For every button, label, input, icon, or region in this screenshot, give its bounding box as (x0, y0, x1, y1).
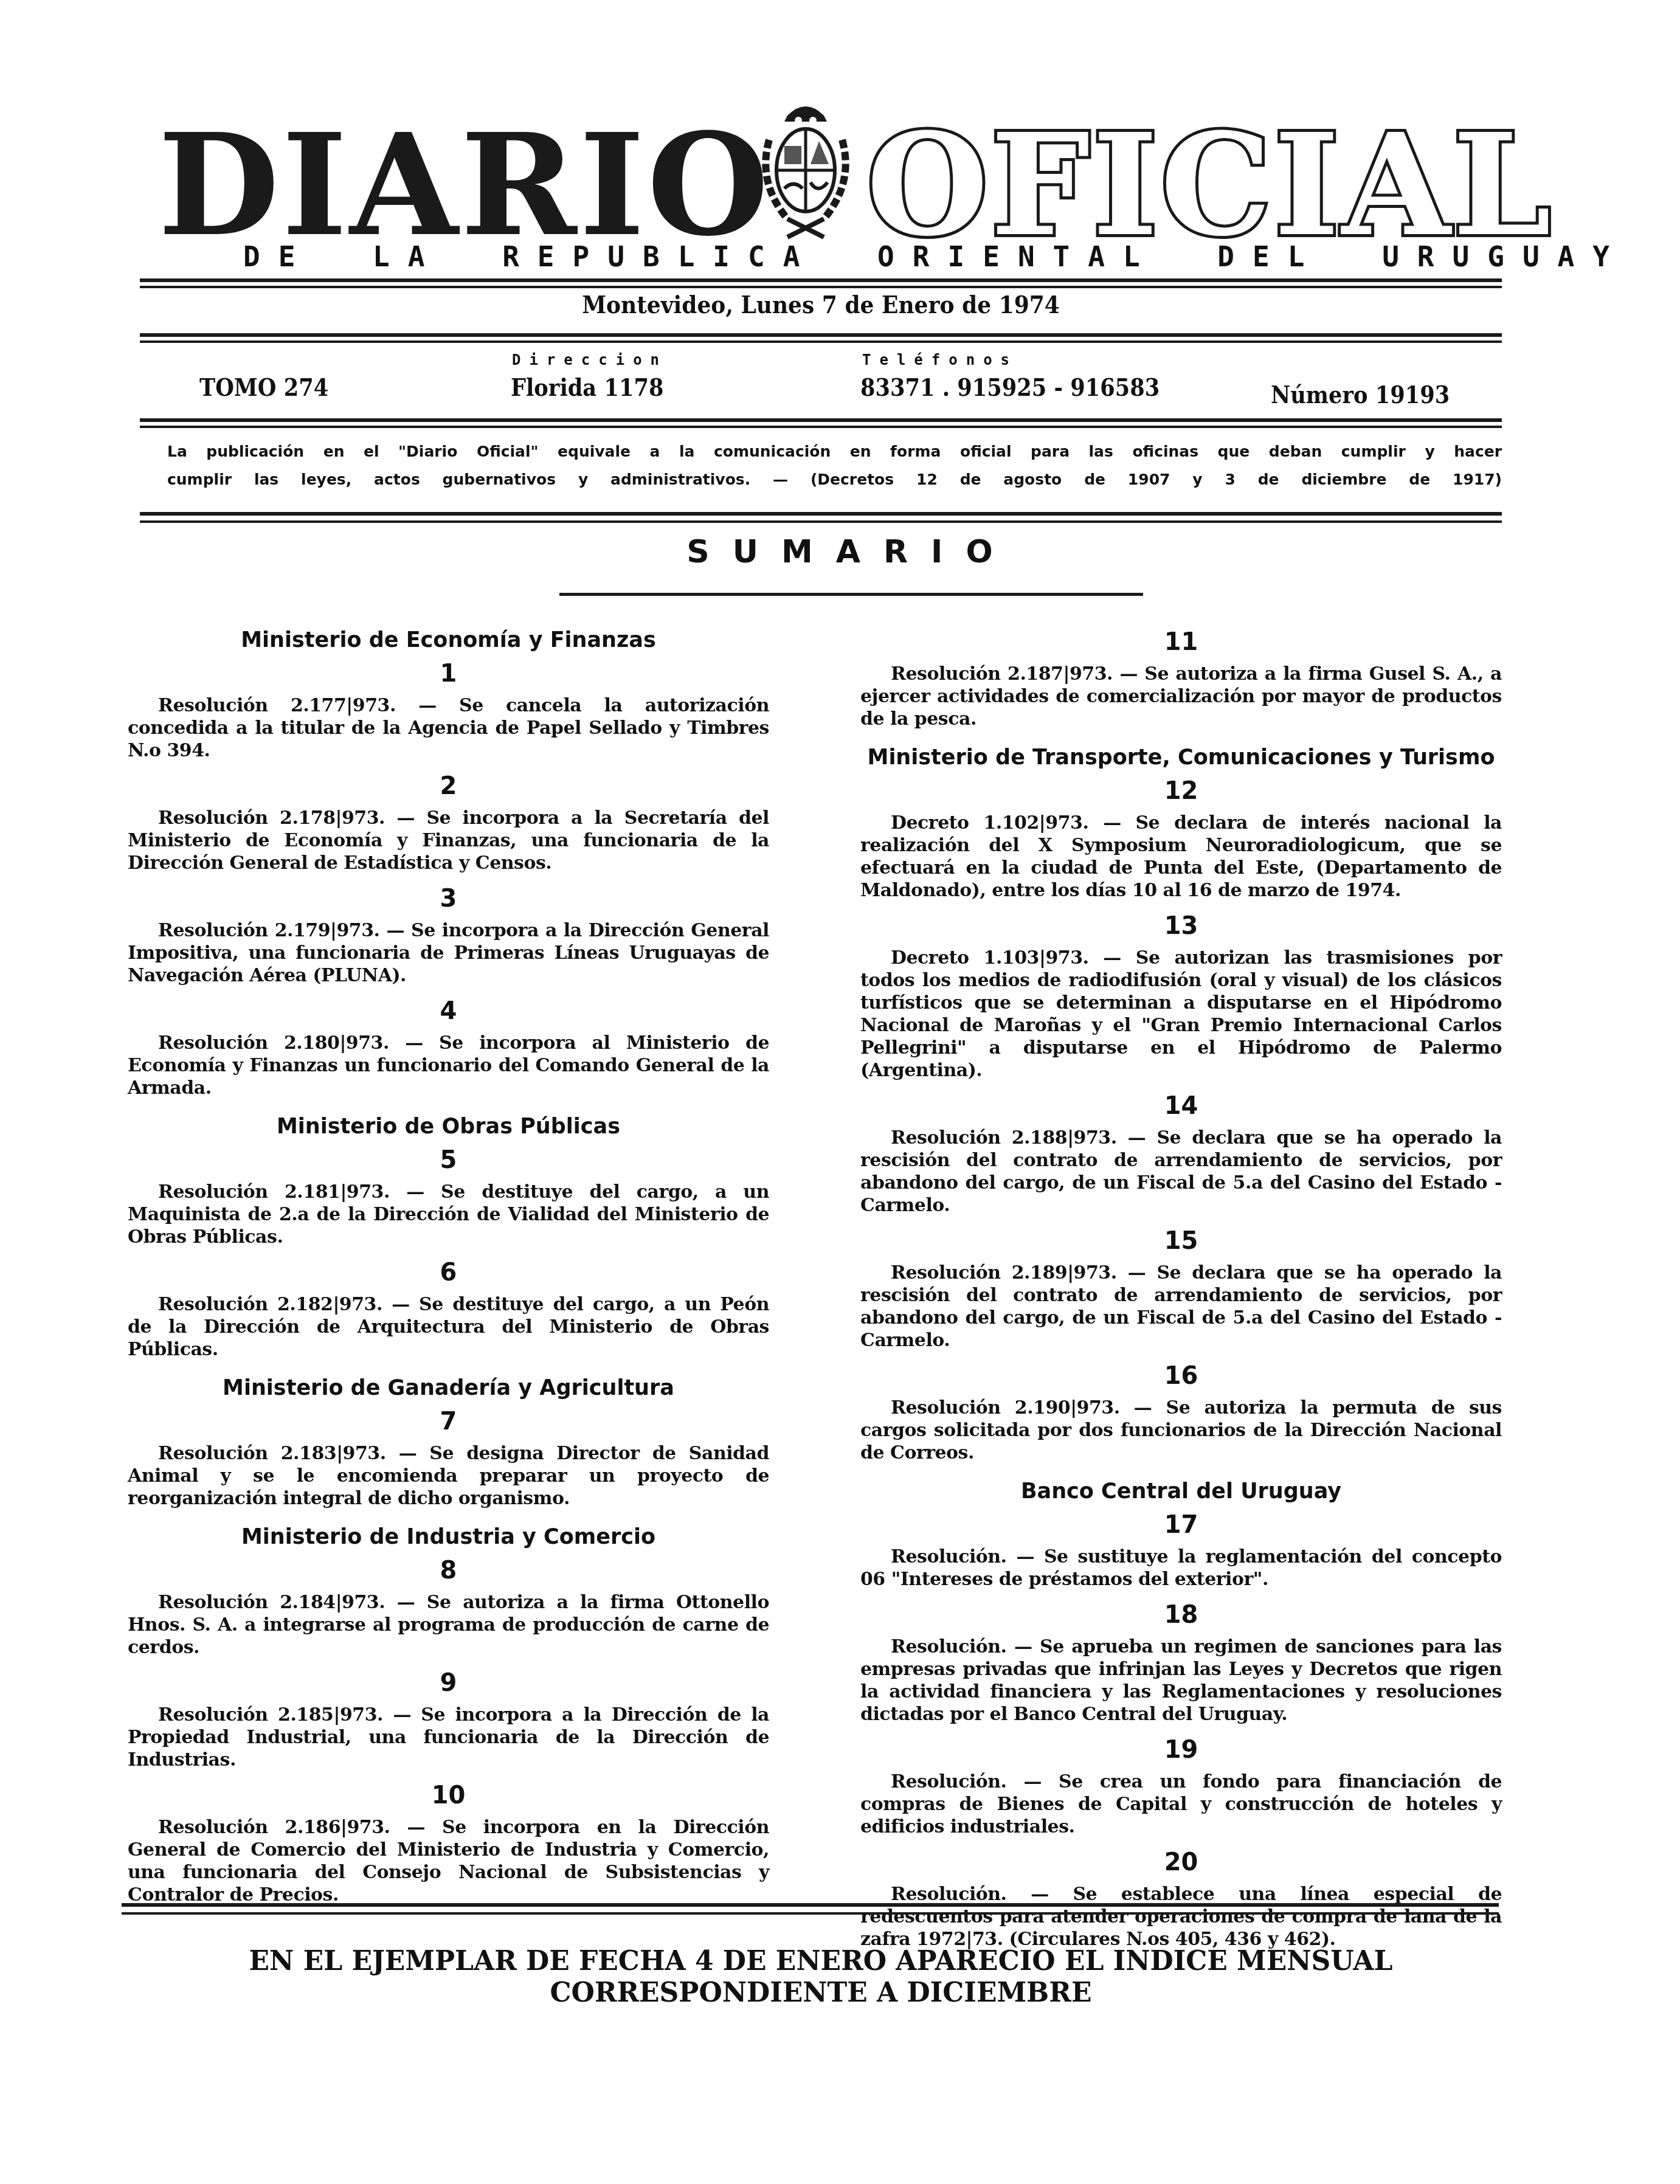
divider (559, 593, 1143, 596)
entry-number: 3 (128, 884, 769, 913)
divider (140, 278, 1502, 282)
ministry-heading: Ministerio de Economía y Finanzas (128, 626, 769, 654)
index-announcement-line: EN EL EJEMPLAR DE FECHA 4 DE ENERO APARE… (140, 1946, 1502, 1977)
entry-number: 2 (128, 772, 769, 801)
entry-summary: Decreto 1.103|973. — Se autorizan las tr… (860, 947, 1502, 1082)
entry-summary: Resolución. — Se sustituye la reglamenta… (860, 1546, 1502, 1591)
entry-summary: Decreto 1.102|973. — Se declara de inter… (860, 812, 1502, 902)
masthead-subtitle: DE LA REPUBLICA ORIENTAL DEL URUGUAY (243, 240, 1398, 273)
entry-summary: Resolución 2.183|973. — Se designa Direc… (128, 1442, 769, 1510)
entry-summary: Resolución 2.178|973. — Se incorpora a l… (128, 807, 769, 874)
entry-number: 4 (128, 997, 769, 1026)
ministry-heading: Ministerio de Ganadería y Agricultura (128, 1374, 769, 1402)
summary-column-left: Ministerio de Economía y Finanzas1Resolu… (128, 626, 769, 1916)
tomo-number: TOMO 274 (199, 373, 328, 402)
entry-number: 5 (128, 1146, 769, 1175)
entry-number: 6 (128, 1258, 769, 1287)
direccion-label: Direccion (512, 351, 668, 368)
entry-summary: Resolución 2.179|973. — Se incorpora a l… (128, 919, 769, 987)
divider (140, 418, 1502, 422)
entry-summary: Resolución 2.180|973. — Se incorpora al … (128, 1032, 769, 1099)
entry-summary: Resolución 2.187|973. — Se autoriza a la… (860, 663, 1502, 730)
entry-number: 19 (860, 1735, 1502, 1764)
issue-date: Montevideo, Lunes 7 de Enero de 1974 (208, 291, 1434, 319)
entry-number: 16 (860, 1361, 1502, 1391)
ministry-heading: Ministerio de Industria y Comercio (128, 1523, 769, 1551)
legal-notice-line: cumplir las leyes, actos gubernativos y … (167, 466, 1502, 494)
divider (140, 286, 1502, 288)
entry-number: 7 (128, 1407, 769, 1436)
coat-of-arms-uruguay-icon (751, 97, 860, 243)
entry-summary: Resolución 2.190|973. — Se autoriza la p… (860, 1397, 1502, 1464)
divider (122, 1903, 1499, 1907)
masthead-title-right: OFICIAL (866, 116, 1554, 255)
entry-number: 17 (860, 1510, 1502, 1540)
entry-summary: Resolución 2.181|973. — Se destituye del… (128, 1181, 769, 1248)
entry-summary: Resolución 2.177|973. — Se cancela la au… (128, 694, 769, 762)
entry-number: 14 (860, 1091, 1502, 1121)
divider (122, 1912, 1499, 1915)
entry-number: 20 (860, 1848, 1502, 1877)
index-announcement-line: CORRESPONDIENTE A DICIEMBRE (140, 1977, 1502, 2009)
entry-number: 15 (860, 1226, 1502, 1256)
ministry-heading: Banco Central del Uruguay (860, 1477, 1502, 1505)
entry-summary: Resolución 2.186|973. — Se incorpora en … (128, 1816, 769, 1906)
issue-number: Número 19193 (1271, 381, 1450, 409)
divider (140, 512, 1502, 516)
entry-summary: Resolución 2.189|973. — Se declara que s… (860, 1262, 1502, 1352)
entry-summary: Resolución 2.184|973. — Se autoriza a la… (128, 1591, 769, 1659)
entry-summary: Resolución 2.182|973. — Se destituye del… (128, 1293, 769, 1361)
divider (140, 520, 1502, 523)
entry-summary: Resolución 2.185|973. — Se incorpora a l… (128, 1704, 769, 1771)
masthead-title-left: DIARIO (158, 116, 772, 255)
ministry-heading: Ministerio de Transporte, Comunicaciones… (860, 744, 1502, 772)
ministry-heading: Ministerio de Obras Públicas (128, 1113, 769, 1141)
telefonos-label: Teléfonos (862, 351, 1018, 368)
entry-number: 13 (860, 911, 1502, 941)
entry-number: 8 (128, 1556, 769, 1585)
entry-number: 10 (128, 1781, 769, 1810)
entry-summary: Resolución. — Se crea un fondo para fina… (860, 1771, 1502, 1838)
entry-number: 18 (860, 1600, 1502, 1629)
legal-notice-line: La publicación en el "Diario Oficial" eq… (167, 438, 1502, 466)
sumario-heading: SUMARIO (608, 534, 1094, 570)
telefonos-value: 83371 . 915925 - 916583 (860, 373, 1160, 402)
summary-column-right: 11Resolución 2.187|973. — Se autoriza a … (860, 626, 1502, 1960)
entry-number: 12 (860, 776, 1502, 806)
divider (140, 340, 1502, 343)
divider (140, 426, 1502, 428)
entry-number: 11 (860, 627, 1502, 657)
entry-summary: Resolución. — Se establece una línea esp… (860, 1883, 1502, 1951)
divider (140, 333, 1502, 337)
direccion-value: Florida 1178 (511, 373, 663, 402)
entry-summary: Resolución 2.188|973. — Se declara que s… (860, 1127, 1502, 1217)
entry-number: 9 (128, 1668, 769, 1698)
legal-notice: La publicación en el "Diario Oficial" eq… (167, 438, 1502, 494)
entry-number: 1 (128, 659, 769, 688)
entry-summary: Resolución. — Se aprueba un regimen de s… (860, 1636, 1502, 1726)
index-announcement: EN EL EJEMPLAR DE FECHA 4 DE ENERO APARE… (140, 1946, 1502, 2009)
